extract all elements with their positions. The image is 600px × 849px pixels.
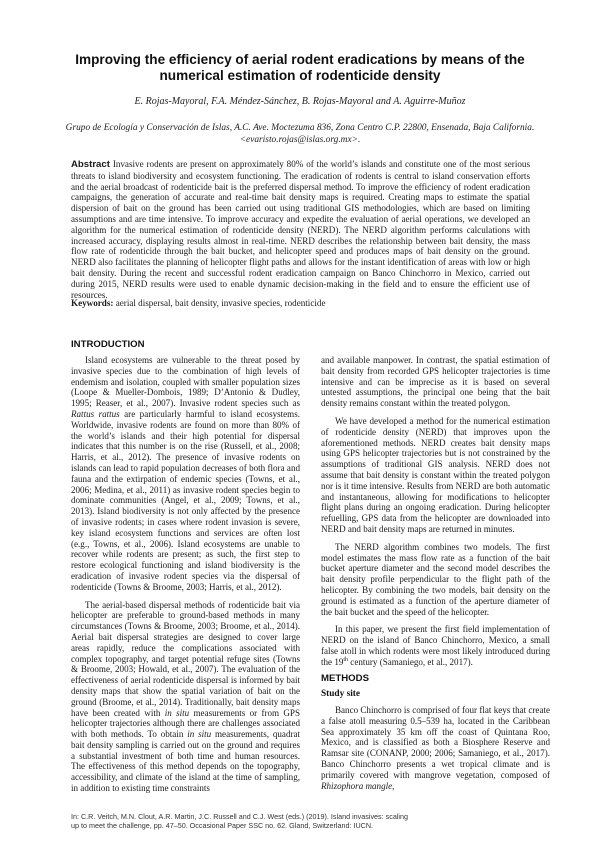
- text-run: Island ecosystems are vulnerable to the …: [71, 355, 300, 408]
- introduction-heading: INTRODUCTION: [71, 339, 145, 350]
- methods-column: Banco Chinchorro is comprised of four fl…: [321, 705, 550, 798]
- methods-paragraph-1: Banco Chinchorro is comprised of four fl…: [321, 705, 550, 791]
- text-run: Banco Chinchorro is comprised of four fl…: [321, 705, 550, 780]
- citation-line-2: up to meet the challenge, pp. 47–50. Occ…: [71, 821, 531, 830]
- intro-paragraph-1: Island ecosystems are vulnerable to the …: [71, 355, 300, 593]
- abstract-text: Invasive rodents are present on approxim…: [71, 159, 530, 300]
- italic-term: in situ: [165, 708, 189, 718]
- methods-heading: METHODS: [321, 673, 369, 684]
- text-run: are particularly harmful to island ecosy…: [71, 409, 300, 592]
- citation-line-1: In: C.R. Veitch, M.N. Clout, A.R. Martin…: [71, 812, 531, 821]
- species-name: Rattus rattus: [71, 409, 120, 419]
- italic-term: in situ: [187, 729, 211, 739]
- abstract-label: Abstract: [71, 159, 110, 170]
- keywords-text: aerial dispersal, bait density, invasive…: [116, 298, 326, 308]
- intro-paragraph-2: The aerial-based dispersal methods of ro…: [71, 600, 300, 794]
- text-run: ,: [392, 781, 394, 791]
- text-run: century (Samaniego, et al., 2017).: [348, 657, 473, 667]
- intro-paragraph-3: and available manpower. In contrast, the…: [321, 355, 550, 409]
- intro-paragraph-4: We have developed a method for the numer…: [321, 416, 550, 535]
- author-list: E. Rojas-Mayoral, F.A. Méndez-Sánchez, B…: [60, 96, 540, 108]
- left-column: Island ecosystems are vulnerable to the …: [71, 355, 300, 801]
- species-name: Rhizophora mangle: [321, 781, 392, 791]
- study-site-subheading: Study site: [321, 689, 360, 700]
- paper-title: Improving the efficiency of aerial roden…: [60, 52, 540, 84]
- citation-footer: In: C.R. Veitch, M.N. Clout, A.R. Martin…: [71, 812, 531, 830]
- keywords: Keywords: aerial dispersal, bait density…: [71, 298, 530, 309]
- right-column: and available manpower. In contrast, the…: [321, 355, 550, 675]
- affiliation: Grupo de Ecología y Conservación de Isla…: [60, 122, 540, 146]
- text-run: The aerial-based dispersal methods of ro…: [71, 600, 300, 718]
- paper-page: Improving the efficiency of aerial roden…: [0, 0, 600, 849]
- keywords-label: Keywords:: [71, 298, 113, 308]
- intro-paragraph-6: In this paper, we present the first fiel…: [321, 624, 550, 667]
- abstract: Abstract Invasive rodents are present on…: [71, 159, 530, 300]
- intro-paragraph-5: The NERD algorithm combines two models. …: [321, 542, 550, 618]
